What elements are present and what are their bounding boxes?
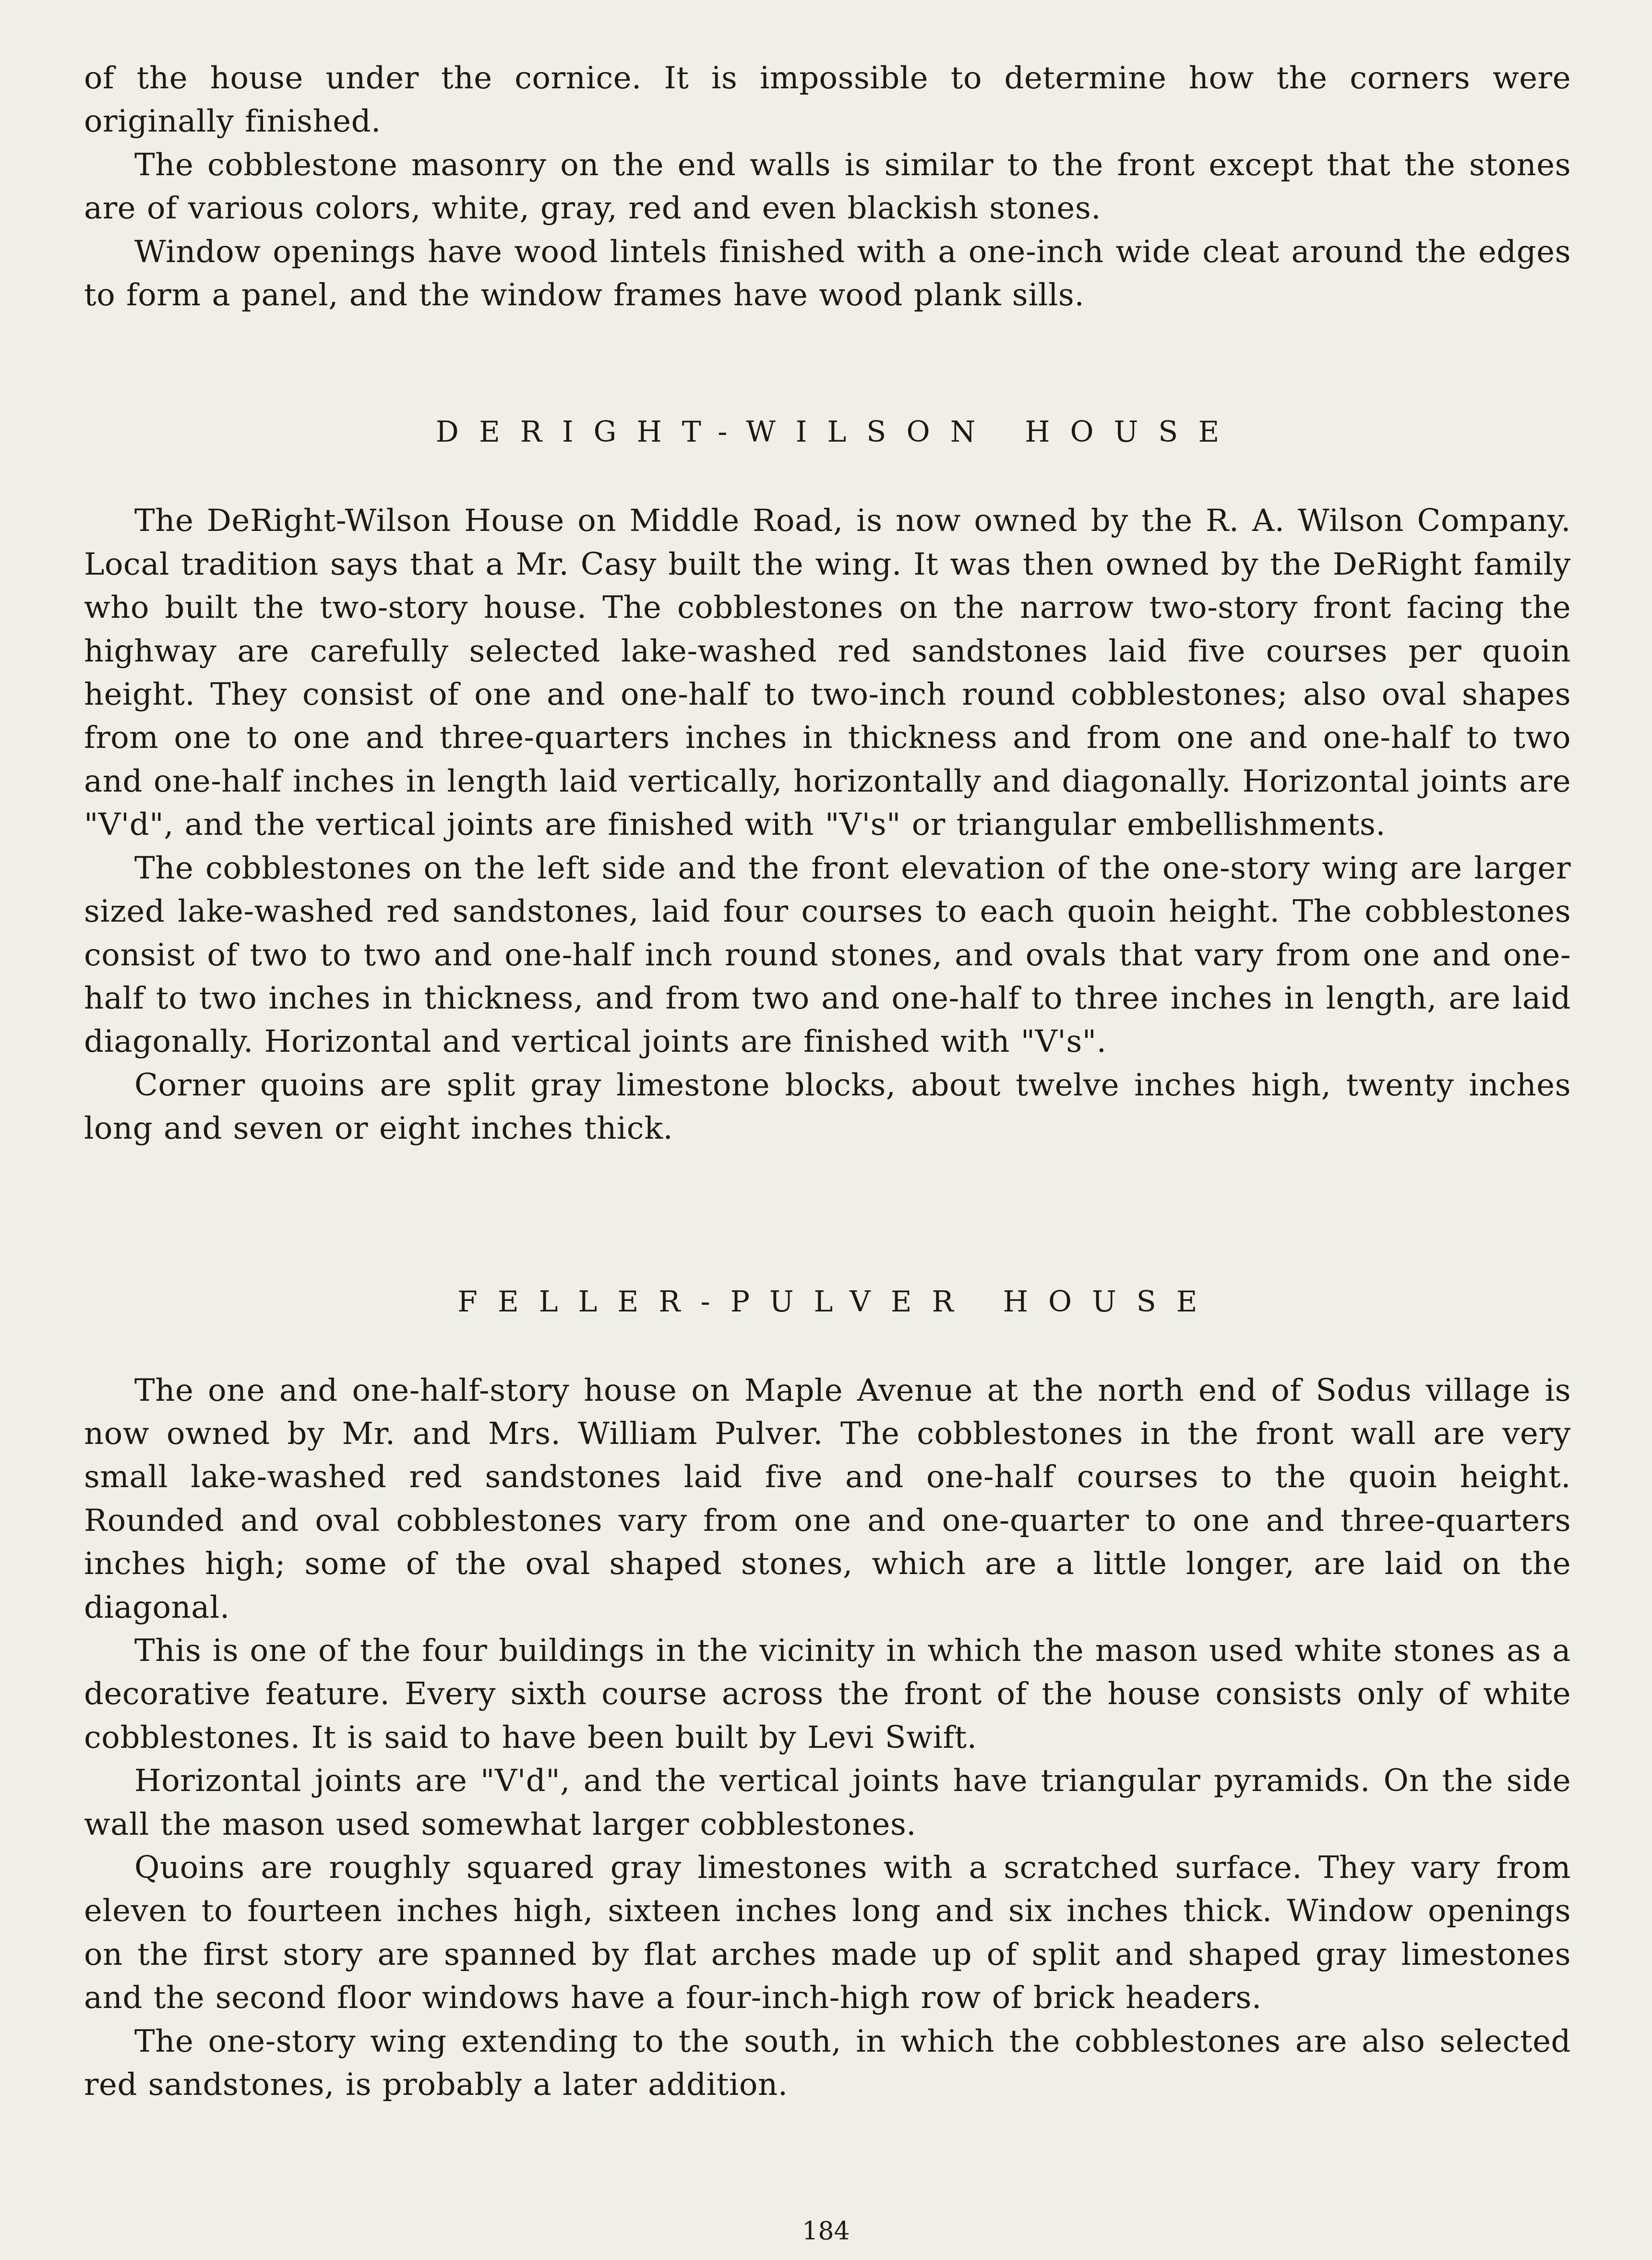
- page-body: of the house under the cornice. It is im…: [84, 57, 1571, 2106]
- intro-paragraph-1: of the house under the cornice. It is im…: [84, 57, 1571, 144]
- deright-wilson-paragraph-2: The cobblestones on the left side and th…: [84, 847, 1571, 1064]
- feller-pulver-paragraph-1: The one and one-half-story house on Mapl…: [84, 1369, 1571, 1629]
- page-number: 184: [0, 2217, 1652, 2246]
- intro-paragraph-3: Window openings have wood lintels finish…: [84, 230, 1571, 317]
- deright-wilson-paragraph-3: Corner quoins are split gray limestone b…: [84, 1064, 1571, 1151]
- intro-paragraph-2: The cobblestone masonry on the end walls…: [84, 144, 1571, 230]
- feller-pulver-paragraph-4: Quoins are roughly squared gray limeston…: [84, 1846, 1571, 2020]
- section-heading-feller-pulver: FELLER-PULVER HOUSE: [84, 1280, 1571, 1323]
- section-heading-deright-wilson: DERIGHT-WILSON HOUSE: [84, 410, 1571, 454]
- deright-wilson-paragraph-1: The DeRight-Wilson House on Middle Road,…: [84, 499, 1571, 846]
- feller-pulver-paragraph-5: The one-story wing extending to the sout…: [84, 2020, 1571, 2107]
- feller-pulver-paragraph-2: This is one of the four buildings in the…: [84, 1629, 1571, 1759]
- feller-pulver-paragraph-3: Horizontal joints are "V'd", and the ver…: [84, 1759, 1571, 1846]
